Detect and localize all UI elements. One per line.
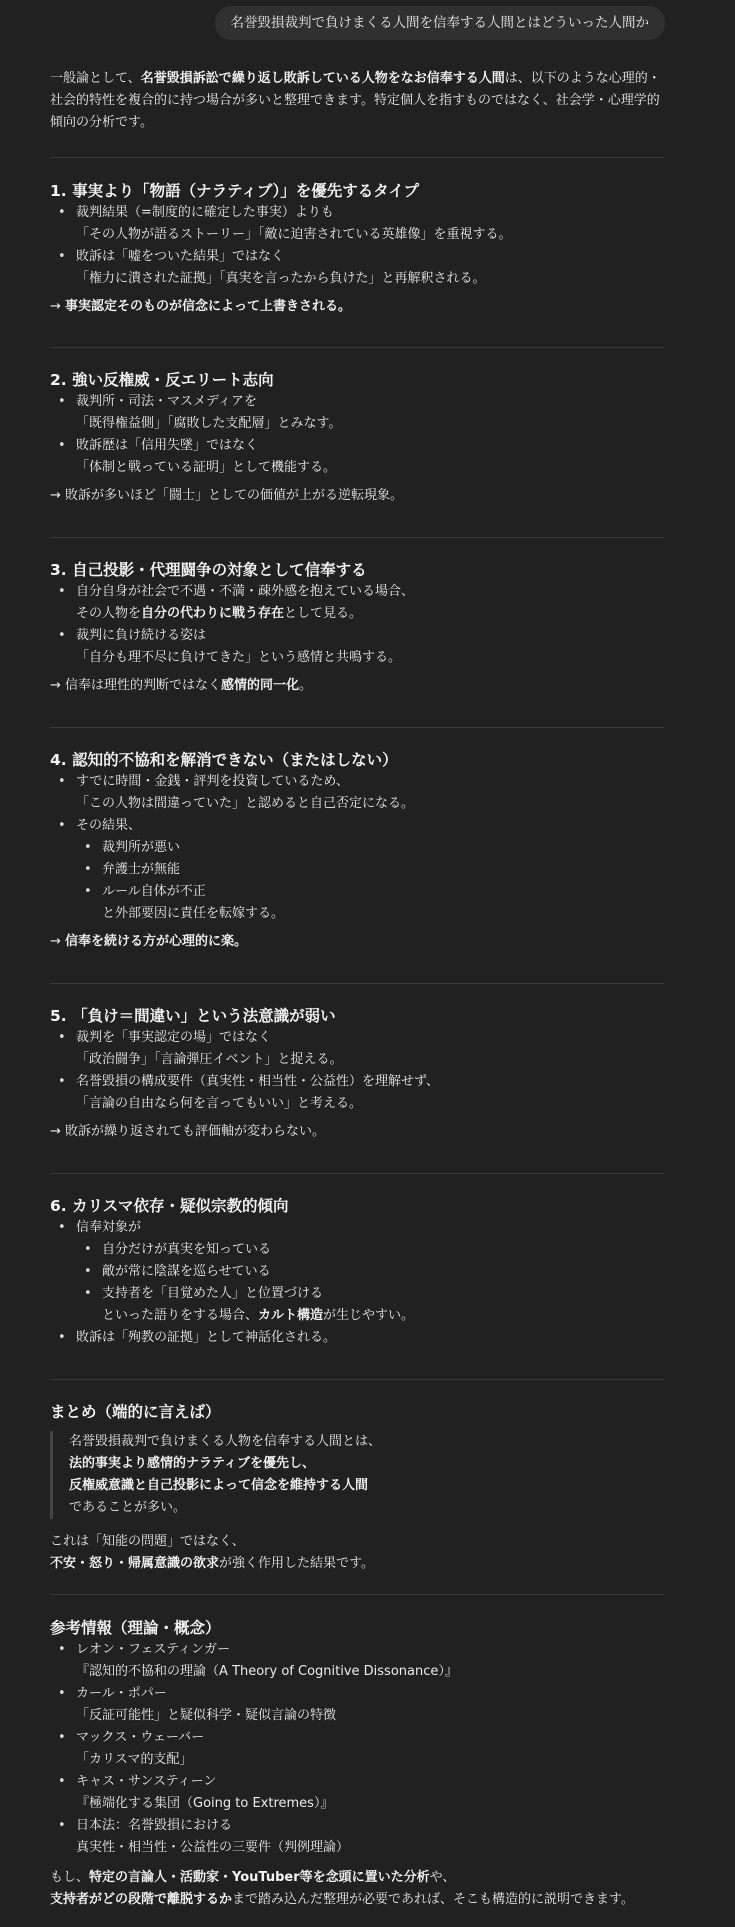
list-item-line: と外部要因に責任を転嫁する。	[102, 903, 664, 925]
reference-item: レオン・フェスティンガー『認知的不協和の理論（A Theory of Cogni…	[50, 1639, 664, 1683]
text: といった語りをする場合、	[102, 1308, 258, 1323]
list-item-line: 「自分も理不尽に負けてきた」という感情と共鳴する。	[76, 647, 664, 669]
section-title: 3. 自己投影・代理闘争の対象として信奉する	[50, 559, 664, 581]
reference-item: 日本法：名誉毀損における真実性・相当性・公益性の三要件（判例理論）	[50, 1815, 664, 1859]
list-item-line: 裁判所・司法・マスメディアを	[76, 391, 664, 413]
section-5: 5. 「負け＝間違い」という法意識が弱い 裁判を「事実認定の場」ではなく「政治闘…	[50, 1005, 664, 1143]
divider	[50, 1173, 664, 1174]
list-item: 敗訴は「殉教の証拠」として神話化される。	[50, 1327, 664, 1349]
divider	[50, 537, 664, 538]
section-title: 2. 強い反権威・反エリート志向	[50, 369, 664, 391]
divider	[50, 1594, 664, 1595]
sub-list-item: 裁判所が悪い	[76, 837, 664, 859]
quote-line: 反権威意識と自己投影によって信念を維持する人間	[69, 1475, 664, 1497]
section-title: 4. 認知的不協和を解消できない（またはしない）	[50, 749, 664, 771]
text: や、	[430, 1870, 456, 1885]
reference-author: レオン・フェスティンガー	[76, 1639, 664, 1661]
list-item: 敗訴は「嘘をついた結果」ではなく「権力に潰された証拠」「真実を言ったから負けた」…	[50, 246, 664, 290]
text: まで踏み込んだ整理が必要であれば、そこも構造的に説明できます。	[232, 1892, 634, 1907]
section-conclusion: → 敗訴が繰り返されても評価軸が変わらない。	[50, 1121, 664, 1143]
bullet-list: 裁判を「事実認定の場」ではなく「政治闘争」「言論弾圧イベント」と捉える。 名誉毀…	[50, 1027, 664, 1115]
divider	[50, 1379, 664, 1380]
text: もし、	[50, 1870, 89, 1885]
sub-bullet-list: 自分だけが真実を知っている 敵が常に陰謀を巡らせている 支持者を「目覚めた人」と…	[76, 1239, 664, 1327]
list-item-line: 敗訴歴は「信用失墜」ではなく	[76, 435, 664, 457]
list-item-line: 自分自身が社会で不遇・不満・疎外感を抱えている場合、	[76, 581, 664, 603]
section-2: 2. 強い反権威・反エリート志向 裁判所・司法・マスメディアを「既得権益側」「腐…	[50, 369, 664, 507]
list-item: 名誉毀損の構成要件（真実性・相当性・公益性）を理解せず、「言論の自由なら何を言っ…	[50, 1071, 664, 1115]
bullet-list: 裁判所・司法・マスメディアを「既得権益側」「腐敗した支配層」とみなす。 敗訴歴は…	[50, 391, 664, 479]
summary-note: これは「知能の問題」ではなく、	[50, 1531, 664, 1553]
chat-view: 名誉毀損裁判で負けまくる人間を信奉する人間とはどういった人間か 一般論として、名…	[0, 0, 735, 1927]
bullet-list: 自分自身が社会で不遇・不満・疎外感を抱えている場合、その人物を自分の代わりに戦う…	[50, 581, 664, 669]
sub-list-item: 敵が常に陰謀を巡らせている	[76, 1261, 664, 1283]
list-item-line: 信奉対象が	[76, 1217, 664, 1239]
conclusion-text: → 信奉は理性的判断ではなく	[50, 678, 221, 693]
conclusion-bold: 信奉を続ける方が心理的に楽。	[65, 934, 247, 949]
section-conclusion: → 事実認定そのものが信念によって上書きされる。	[50, 296, 664, 318]
reference-author: 日本法：名誉毀損における	[76, 1815, 664, 1837]
text: その人物を	[76, 606, 141, 621]
list-item-line: ルール自体が不正	[102, 881, 664, 903]
list-item-line: 裁判結果（=制度的に確定した事実）よりも	[76, 202, 664, 224]
section-title: 1. 事実より「物語（ナラティブ）」を優先するタイプ	[50, 180, 664, 202]
closing-paragraph: もし、特定の言論人・活動家・YouTuber等を念頭に置いた分析や、支持者がどの…	[50, 1867, 664, 1911]
divider	[50, 983, 664, 984]
reference-author: キャス・サンスティーン	[76, 1771, 664, 1793]
list-item-line: 「その人物が語るストーリー」「敵に迫害されている英雄像」を重視する。	[76, 224, 664, 246]
references-title: 参考情報（理論・概念）	[50, 1617, 664, 1639]
reference-work: 『極端化する集団（Going to Extremes）』	[76, 1793, 664, 1815]
list-item-line: その結果、	[76, 815, 664, 837]
section-conclusion: → 信奉を続ける方が心理的に楽。	[50, 931, 664, 953]
list-item-line: 敗訴は「嘘をついた結果」ではなく	[76, 246, 664, 268]
reference-work: 真実性・相当性・公益性の三要件（判例理論）	[76, 1837, 664, 1859]
intro-paragraph: 一般論として、名誉毀損訴訟で繰り返し敗訴している人物をなお信奉する人間は、以下の…	[50, 68, 664, 134]
bullet-list: 裁判結果（=制度的に確定した事実）よりも「その人物が語るストーリー」「敵に迫害さ…	[50, 202, 664, 290]
list-item-line: 名誉毀損の構成要件（真実性・相当性・公益性）を理解せず、	[76, 1071, 664, 1093]
list-item-line: といった語りをする場合、カルト構造が生じやすい。	[102, 1305, 664, 1327]
references-list: レオン・フェスティンガー『認知的不協和の理論（A Theory of Cogni…	[50, 1639, 664, 1859]
conclusion-bold: 事実認定そのものが信念によって上書きされる。	[65, 299, 351, 314]
bold-text: カルト構造	[258, 1308, 323, 1323]
user-message-bubble: 名誉毀損裁判で負けまくる人間を信奉する人間とはどういった人間か	[215, 6, 666, 40]
user-message-row: 名誉毀損裁判で負けまくる人間を信奉する人間とはどういった人間か	[215, 6, 666, 40]
list-item-line: 支持者を「目覚めた人」と位置づける	[102, 1283, 664, 1305]
list-item-line: その人物を自分の代わりに戦う存在として見る。	[76, 603, 664, 625]
summary-note: 不安・怒り・帰属意識の欲求が強く作用した結果です。	[50, 1553, 664, 1575]
list-item-line: 「政治闘争」「言論弾圧イベント」と捉える。	[76, 1049, 664, 1071]
section-title: 5. 「負け＝間違い」という法意識が弱い	[50, 1005, 664, 1027]
list-item-line: すでに時間・金銭・評判を投資しているため、	[76, 771, 664, 793]
section-conclusion: → 敗訴が多いほど「闘士」としての価値が上がる逆転現象。	[50, 485, 664, 507]
list-item: その結果、 裁判所が悪い 弁護士が無能 ルール自体が不正と外部要因に責任を転嫁す…	[50, 815, 664, 925]
divider	[50, 347, 664, 348]
references-section: 参考情報（理論・概念） レオン・フェスティンガー『認知的不協和の理論（A The…	[50, 1617, 664, 1911]
list-item-line: 「言論の自由なら何を言ってもいい」と考える。	[76, 1093, 664, 1115]
divider	[50, 157, 664, 158]
reference-author: カール・ポパー	[76, 1683, 664, 1705]
bold-text: 不安・怒り・帰属意識の欲求	[50, 1556, 219, 1571]
list-item-line: 「この人物は間違っていた」と認めると自己否定になる。	[76, 793, 664, 815]
list-item-line: 裁判を「事実認定の場」ではなく	[76, 1027, 664, 1049]
bullet-list: 信奉対象が 自分だけが真実を知っている 敵が常に陰謀を巡らせている 支持者を「目…	[50, 1217, 664, 1349]
list-item-line: 「既得権益側」「腐敗した支配層」とみなす。	[76, 413, 664, 435]
section-4: 4. 認知的不協和を解消できない（またはしない） すでに時間・金銭・評判を投資し…	[50, 749, 664, 953]
summary-blockquote: 名誉毀損裁判で負けまくる人物を信奉する人間とは、 法的事実より感情的ナラティブを…	[50, 1431, 664, 1519]
bold-text: 反権威意識と自己投影によって信念を維持する人間	[69, 1478, 368, 1493]
intro-bold: 名誉毀損訴訟で繰り返し敗訴している人物をなお信奉する人間	[141, 71, 505, 86]
list-item-line: 裁判に負け続ける姿は	[76, 625, 664, 647]
list-item: すでに時間・金銭・評判を投資しているため、「この人物は間違っていた」と認めると自…	[50, 771, 664, 815]
section-title: 6. カリスマ依存・疑似宗教的傾向	[50, 1195, 664, 1217]
bold-text: 法的事実より感情的ナラティブを優先し、	[69, 1456, 315, 1471]
reference-item: カール・ポパー「反証可能性」と疑似科学・疑似言論の特徴	[50, 1683, 664, 1727]
list-item: 裁判に負け続ける姿は「自分も理不尽に負けてきた」という感情と共鳴する。	[50, 625, 664, 669]
section-6: 6. カリスマ依存・疑似宗教的傾向 信奉対象が 自分だけが真実を知っている 敵が…	[50, 1195, 664, 1349]
quote-line: であることが多い。	[69, 1497, 664, 1519]
reference-work: 『認知的不協和の理論（A Theory of Cognitive Dissona…	[76, 1661, 664, 1683]
section-3: 3. 自己投影・代理闘争の対象として信奉する 自分自身が社会で不遇・不満・疎外感…	[50, 559, 664, 697]
text: が強く作用した結果です。	[219, 1556, 374, 1571]
quote-line: 法的事実より感情的ナラティブを優先し、	[69, 1453, 664, 1475]
summary-section: まとめ（端的に言えば） 名誉毀損裁判で負けまくる人物を信奉する人間とは、 法的事…	[50, 1401, 664, 1575]
intro-block: 一般論として、名誉毀損訴訟で繰り返し敗訴している人物をなお信奉する人間は、以下の…	[50, 68, 664, 134]
list-item: 裁判所・司法・マスメディアを「既得権益側」「腐敗した支配層」とみなす。	[50, 391, 664, 435]
sub-list-item: 自分だけが真実を知っている	[76, 1239, 664, 1261]
bold-text: 自分の代わりに戦う存在	[141, 606, 284, 621]
list-item: 裁判結果（=制度的に確定した事実）よりも「その人物が語るストーリー」「敵に迫害さ…	[50, 202, 664, 246]
sub-list-item: 支持者を「目覚めた人」と位置づけるといった語りをする場合、カルト構造が生じやすい…	[76, 1283, 664, 1327]
conclusion-text: →	[50, 299, 65, 314]
list-item: 敗訴歴は「信用失墜」ではなく「体制と戦っている証明」として機能する。	[50, 435, 664, 479]
section-conclusion: → 信奉は理性的判断ではなく感情的同一化。	[50, 675, 664, 697]
reference-item: キャス・サンスティーン『極端化する集団（Going to Extremes）』	[50, 1771, 664, 1815]
reference-item: マックス・ウェーバー「カリスマ的支配」	[50, 1727, 664, 1771]
sub-bullet-list: 裁判所が悪い 弁護士が無能 ルール自体が不正と外部要因に責任を転嫁する。	[76, 837, 664, 925]
text: が生じやすい。	[323, 1308, 414, 1323]
conclusion-bold: 感情的同一化	[221, 678, 299, 693]
sub-list-item: ルール自体が不正と外部要因に責任を転嫁する。	[76, 881, 664, 925]
conclusion-text: →	[50, 934, 65, 949]
reference-work: 「反証可能性」と疑似科学・疑似言論の特徴	[76, 1705, 664, 1727]
reference-work: 「カリスマ的支配」	[76, 1749, 664, 1771]
list-item: 信奉対象が 自分だけが真実を知っている 敵が常に陰謀を巡らせている 支持者を「目…	[50, 1217, 664, 1327]
quote-line: 名誉毀損裁判で負けまくる人物を信奉する人間とは、	[69, 1431, 664, 1453]
reference-author: マックス・ウェーバー	[76, 1727, 664, 1749]
divider	[50, 727, 664, 728]
summary-title: まとめ（端的に言えば）	[50, 1401, 664, 1423]
bold-text: 特定の言論人・活動家・YouTuber等を念頭に置いた分析	[89, 1870, 430, 1885]
sub-list-item: 弁護士が無能	[76, 859, 664, 881]
list-item: 裁判を「事実認定の場」ではなく「政治闘争」「言論弾圧イベント」と捉える。	[50, 1027, 664, 1071]
list-item-line: 「権力に潰された証拠」「真実を言ったから負けた」と再解釈される。	[76, 268, 664, 290]
intro-text: 一般論として、	[50, 71, 141, 86]
text: として見る。	[284, 606, 362, 621]
list-item: 自分自身が社会で不遇・不満・疎外感を抱えている場合、その人物を自分の代わりに戦う…	[50, 581, 664, 625]
bold-text: 支持者がどの段階で離脱するか	[50, 1892, 232, 1907]
conclusion-text: 。	[299, 678, 312, 693]
list-item-line: 「体制と戦っている証明」として機能する。	[76, 457, 664, 479]
bullet-list: すでに時間・金銭・評判を投資しているため、「この人物は間違っていた」と認めると自…	[50, 771, 664, 925]
section-1: 1. 事実より「物語（ナラティブ）」を優先するタイプ 裁判結果（=制度的に確定し…	[50, 180, 664, 318]
